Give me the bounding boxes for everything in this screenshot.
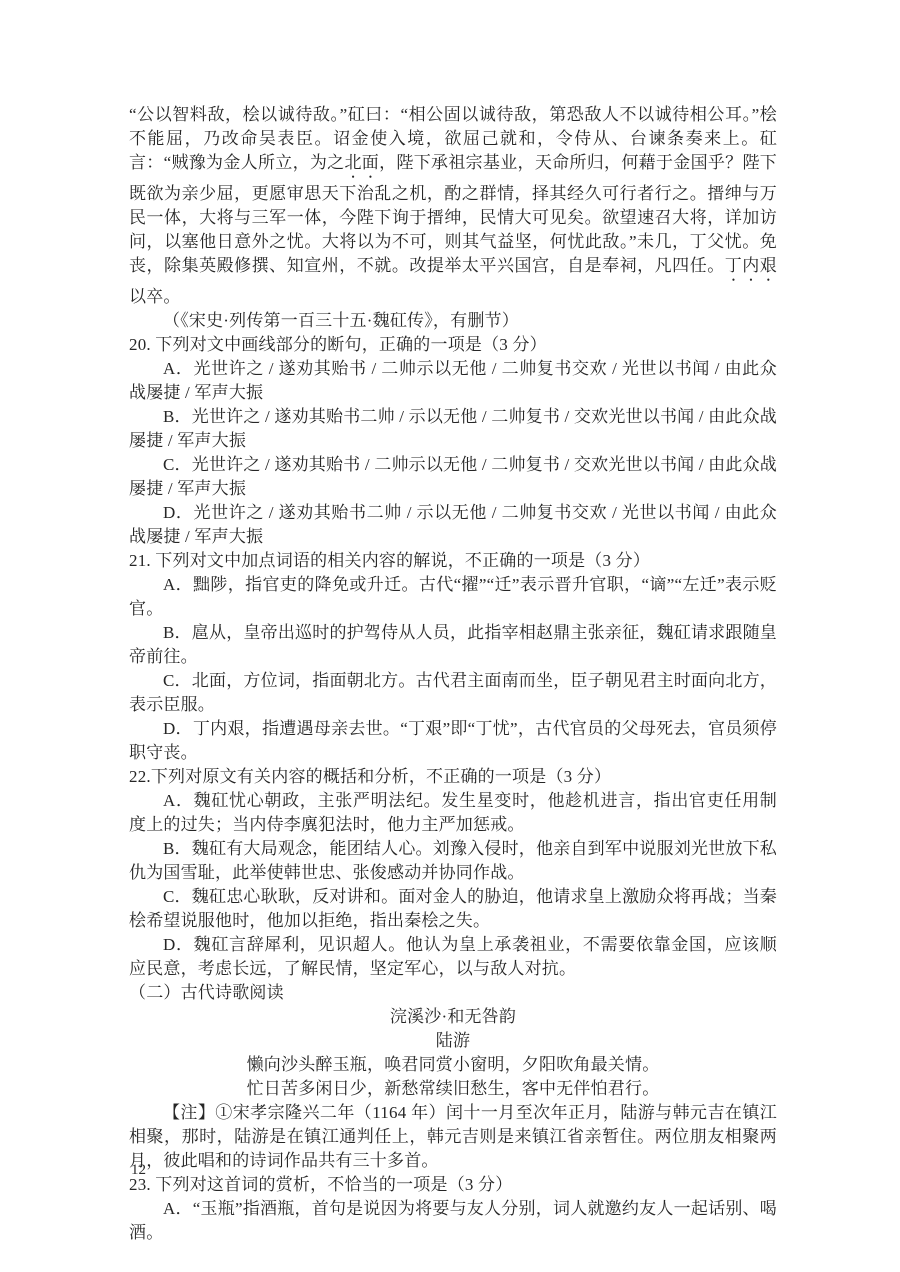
passage-emphasized-term-dingneijian: 丁内艰 [725, 256, 777, 275]
passage-paragraph: “公以智料敌，桧以诚待敌。”矼曰：“相公固以诚待敌，第恐敌人不以诚待相公耳。”桧… [129, 103, 777, 309]
question-20-option-c: C．光世许之 / 遂劝其贻书 / 二帅示以无他 / 二帅复书 / 交欢光世以书闻… [129, 453, 777, 501]
page-content: “公以智料敌，桧以诚待敌。”矼曰：“相公固以诚待敌，第恐敌人不以诚待相公耳。”桧… [129, 103, 777, 1245]
page-number: 12 [131, 1160, 146, 1180]
question-21-option-d: D．丁内艰，指遭遇母亲去世。“丁艰”即“丁忧”，古代官员的父母死去，官员须停职守… [129, 717, 777, 765]
question-23-option-a: A．“玉瓶”指酒瓶，首句是说因为将要与友人分别，词人就邀约友人一起话别、喝酒。 [129, 1197, 777, 1245]
passage-text-part-3: 以卒。 [129, 287, 181, 306]
question-20-option-d: D．光世许之 / 遂劝其贻书二帅 / 示以无他 / 二帅复书交欢 / 光世以书闻… [129, 501, 777, 549]
question-20-stem: 20. 下列对文中画线部分的断句，正确的一项是（3 分） [129, 333, 777, 357]
exam-page: “公以智料敌，桧以诚待敌。”矼曰：“相公固以诚待敌，第恐敌人不以诚待相公耳。”桧… [0, 0, 900, 1272]
question-21-option-c: C．北面，方位词，指面朝北方。古代君主面南而坐，臣子朝见君主时面向北方，表示臣服… [129, 669, 777, 717]
passage-source-citation: （《宋史·列传第一百三十五·魏矼传》，有删节） [129, 309, 777, 333]
question-20-option-b: B．光世许之 / 遂劝其贻书二帅 / 示以无他 / 二帅复书 / 交欢光世以书闻… [129, 405, 777, 453]
passage-emphasized-term-beimian: 北面 [345, 153, 380, 172]
question-22-option-c: C．魏矼忠心耿耿，反对讲和。面对金人的胁迫，他请求皇上激励众将再战；当秦桧希望说… [129, 885, 777, 933]
question-21-option-b: B．扈从，皇帝出巡时的护驾侍从人员，此指宰相赵鼎主张亲征，魏矼请求跟随皇帝前往。 [129, 621, 777, 669]
poem-author: 陆游 [129, 1029, 777, 1053]
poem-line-2: 忙日苦多闲日少，新愁常续旧愁生，客中无伴怕君行。 [129, 1077, 777, 1101]
question-22-option-b: B．魏矼有大局观念，能团结人心。刘豫入侵时，他亲自到军中说服刘光世放下私仇为国雪… [129, 837, 777, 885]
question-22-stem: 22.下列对原文有关内容的概括和分析，不正确的一项是（3 分） [129, 765, 777, 789]
question-22-option-a: A．魏矼忧心朝政，主张严明法纪。发生星变时，他趁机进言，指出官吏任用制度上的过失… [129, 789, 777, 837]
poetry-section-heading: （二）古代诗歌阅读 [129, 981, 777, 1005]
question-23-stem: 23. 下列对这首词的赏析，不恰当的一项是（3 分） [129, 1173, 777, 1197]
poem-title: 浣溪沙·和无咎韵 [129, 1005, 777, 1029]
question-21-stem: 21. 下列对文中加点词语的相关内容的解说，不正确的一项是（3 分） [129, 549, 777, 573]
poem-note: 【注】①宋孝宗隆兴二年（1164 年）闰十一月至次年正月，陆游与韩元吉在镇江相聚… [129, 1101, 777, 1173]
question-22-option-d: D．魏矼言辞犀利，见识超人。他认为皇上承袭祖业，不需要依靠金国，应该顺应民意，考… [129, 933, 777, 981]
poem-line-1: 懒向沙头醉玉瓶，唤君同赏小窗明，夕阳吹角最关情。 [129, 1053, 777, 1077]
question-20-option-a: A．光世许之 / 遂劝其贻书 / 二帅示以无他 / 二帅复书交欢 / 光世以书闻… [129, 357, 777, 405]
question-21-option-a: A．黜陟，指官吏的降免或升迁。古代“擢”“迁”表示晋升官职，“谪”“左迁”表示贬… [129, 573, 777, 621]
